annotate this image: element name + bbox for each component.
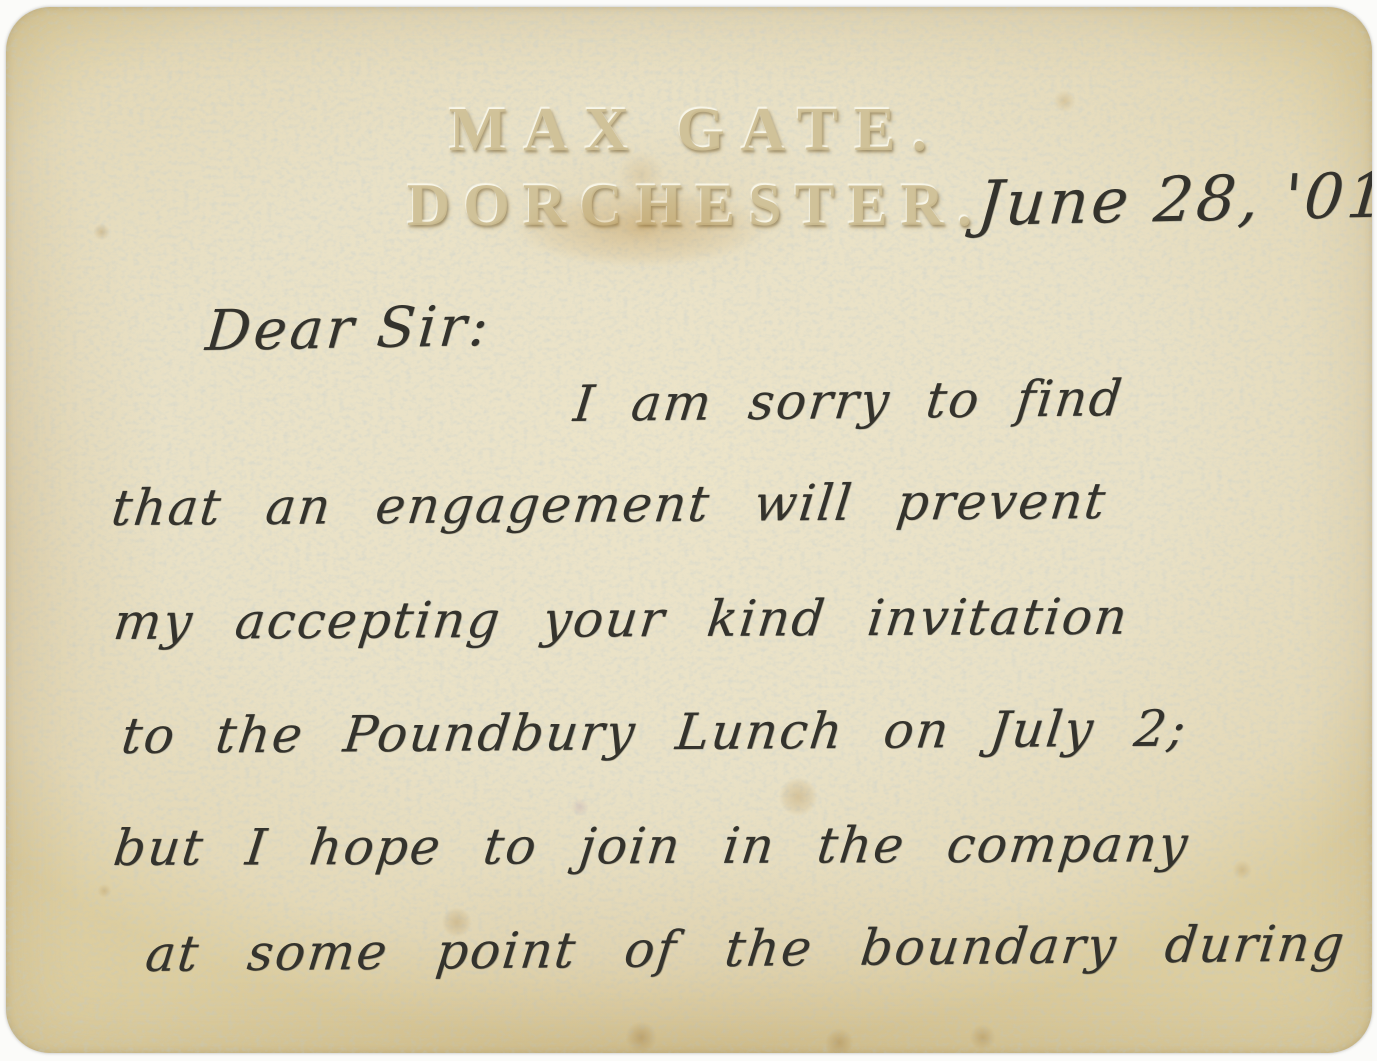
letter-card: MAX GATE. DORCHESTER. June 28, '01 Dear … [6, 7, 1372, 1053]
handwritten-body-line: but I hope to join in the company [111, 815, 1193, 877]
letterhead-line-dorchester: DORCHESTER. [336, 175, 1056, 235]
handwritten-body-line: I am sorry to find [571, 369, 1127, 433]
scanned-letter-page: MAX GATE. DORCHESTER. June 28, '01 Dear … [0, 0, 1377, 1061]
embossed-letterhead: MAX GATE. DORCHESTER. [336, 99, 1056, 235]
handwritten-body-line: at some point of the boundary during [143, 915, 1349, 984]
handwritten-salutation: Dear Sir: [203, 294, 494, 364]
handwritten-body-line: that an engagement will prevent [109, 472, 1110, 537]
handwritten-body-line: to the Poundbury Lunch on July 2; [119, 700, 1191, 765]
letterhead-line-max-gate: MAX GATE. [336, 99, 1056, 161]
handwritten-body-line: my accepting your kind invitation [111, 588, 1132, 651]
handwritten-date: June 28, '01 [975, 158, 1372, 240]
